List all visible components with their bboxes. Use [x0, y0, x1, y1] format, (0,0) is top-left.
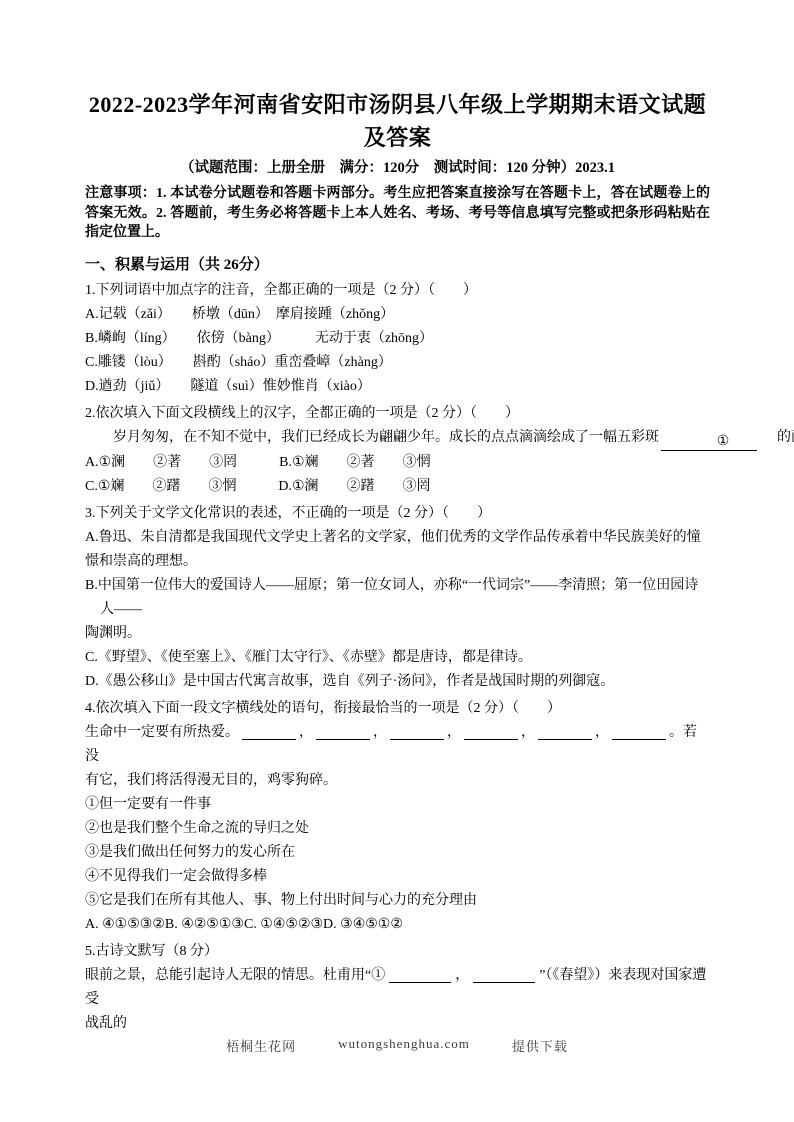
q3-option-b-cont: 陶渊明。: [85, 622, 710, 646]
q1-option-d: D.遒劲（jiǔ） 隧道（suì）惟妙惟肖（xiào）: [85, 375, 710, 399]
q4-sep-1: ，: [299, 725, 313, 740]
q1-option-c: C.雕镂（lòu） 斟酌（sháo）重峦叠嶂（zhàng）: [85, 351, 710, 375]
footer-site-url: wutongshenghua.com: [338, 1036, 470, 1055]
exam-document-page: 2022-2023学年河南省安阳市汤阴县八年级上学期期末语文试题及答案 （试题范…: [0, 0, 794, 1122]
q4-blank-2: [316, 722, 370, 740]
footer-download-note: 提供下载: [512, 1036, 568, 1055]
q3-option-a-line1: A.鲁迅、朱自清都是我国现代文学史上著名的文学家，他们优秀的文学作品传承着中华民…: [85, 530, 701, 545]
q5-stem: 5.古诗文默写（8 分）: [85, 940, 710, 964]
q4-blank-1: [242, 722, 296, 740]
q2-fill-blank: ①: [661, 433, 757, 451]
q3-option-c: C.《野望》、《使至塞上》、《雁门太守行》、《赤壁》都是唐诗，都是律诗。: [85, 646, 710, 670]
q2-passage-pre: 岁月匆匆，在不知不觉中，我们已经成长为翩翩少年。成长的点点滴滴绘成了一幅五彩斑: [113, 430, 659, 445]
q4-sep-2: ，: [373, 725, 387, 740]
q4-sep-5: ，: [595, 725, 609, 740]
footer-site-name: 梧桐生花网: [226, 1036, 296, 1055]
q2-passage: 岁月匆匆，在不知不觉中，我们已经成长为翩翩少年。成长的点点滴滴绘成了一幅五彩斑①…: [85, 426, 710, 451]
exam-meta-line: （试题范围：上册全册 满分：120分 测试时间：120 分钟）2023.1: [85, 158, 710, 178]
q5-comma: ，: [455, 968, 469, 983]
q3-option-b-line2: 人——: [85, 602, 142, 617]
q4-item-3: ③是我们做出任何努力的发心所在: [85, 841, 710, 865]
q1-stem: 1.下列词语中加点字的注音，全都正确的一项是（2 分）（ ）: [85, 279, 710, 303]
q5-post2: 战乱的: [85, 1016, 127, 1031]
q5-pre: 眼前之景，总能引起诗人无限的情思。杜甫用“①: [85, 968, 385, 983]
q4-blank-5: [538, 722, 592, 740]
q4-lead: 生命中一定要有所热爱。: [85, 725, 239, 740]
q2-options-row2: C.①斓 ②躇 ③惘 D.①澜 ②躇 ③罔: [85, 475, 710, 499]
q4-blank-6: [612, 722, 666, 740]
q3-option-a-line2: 憬和崇高的理想。: [85, 554, 197, 569]
q4-item-2: ②也是我们整个生命之流的导归之处: [85, 817, 710, 841]
q4-sep-3: ，: [447, 725, 461, 740]
page-title: 2022-2023学年河南省安阳市汤阴县八年级上学期期末语文试题及答案: [85, 88, 710, 154]
q2-stem: 2.依次填入下面文段横线上的汉字，全都正确的一项是（2 分）（ ）: [85, 402, 710, 426]
q5-blank-1: [389, 965, 451, 983]
q5-passage: 眼前之景，总能引起诗人无限的情思。杜甫用“①，”（《春望》）来表现对国家遭受战乱…: [85, 964, 710, 1036]
section-heading-1: 一、积累与运用（共 26分）: [85, 254, 710, 276]
q4-item-5: ⑤它是我们在所有其他人、事、物上付出时间与心力的充分理由: [85, 889, 710, 913]
q3-option-d: D.《愚公移山》是中国古代寓言故事，选自《列子·汤问》，作者是战国时期的列御寇。: [85, 670, 710, 694]
q1-option-b: B.嶙峋（líng） 依傍（bàng） 无动于衷（zhōng）: [85, 327, 710, 351]
q4-passage: 生命中一定要有所热爱。，，，，，。若没有它，我们将活得漫无目的，鸡零狗碎。: [85, 721, 710, 793]
document-content: 2022-2023学年河南省安阳市汤阴县八年级上学期期末语文试题及答案 （试题范…: [0, 0, 794, 1036]
q4-stem: 4.依次填入下面一段文字横线处的语句，衔接最恰当的一项是（2 分）（ ）: [85, 697, 710, 721]
q3-option-b-line1: B.中国第一位伟大的爱国诗人——屈原；第一位女词人，亦称“一代词宗”——李清照；…: [85, 578, 698, 593]
exam-notice: 注意事项：1. 本试卷分试题卷和答题卡两部分。考生应把答案直接涂写在答题卡上，答…: [85, 184, 710, 243]
q2-passage-post: 的画。成长: [777, 430, 794, 445]
q4-item-4: ④不见得我们一定会做得多棒: [85, 865, 710, 889]
q3-stem: 3.下列关于文学文化常识的表述，不正确的一项是（2 分）（ ）: [85, 502, 710, 526]
q4-blank-3: [390, 722, 444, 740]
page-footer: 梧桐生花网 wutongshenghua.com 提供下载: [0, 1036, 794, 1055]
q4-item-1: ①但一定要有一件事: [85, 793, 710, 817]
q2-options-row1: A.①澜 ②著 ③罔 B.①斓 ②著 ③惘: [85, 451, 710, 475]
q4-sep-4: ，: [521, 725, 535, 740]
q3-option-a: A.鲁迅、朱自清都是我国现代文学史上著名的文学家，他们优秀的文学作品传承着中华民…: [85, 526, 710, 574]
q4-options: A. ④①⑤③②B. ④②⑤①③C. ①④⑤②③D. ③④⑤①②: [85, 913, 710, 937]
q3-option-b: B.中国第一位伟大的爱国诗人——屈原；第一位女词人，亦称“一代词宗”——李清照；…: [85, 574, 710, 622]
q4-tail2: 有它，我们将活得漫无目的，鸡零狗碎。: [85, 773, 337, 788]
q1-option-a: A.记载（zǎi） 桥墩（dūn） 摩肩接踵（zhǒng）: [85, 303, 710, 327]
q5-blank-2: [473, 965, 535, 983]
q4-blank-4: [464, 722, 518, 740]
